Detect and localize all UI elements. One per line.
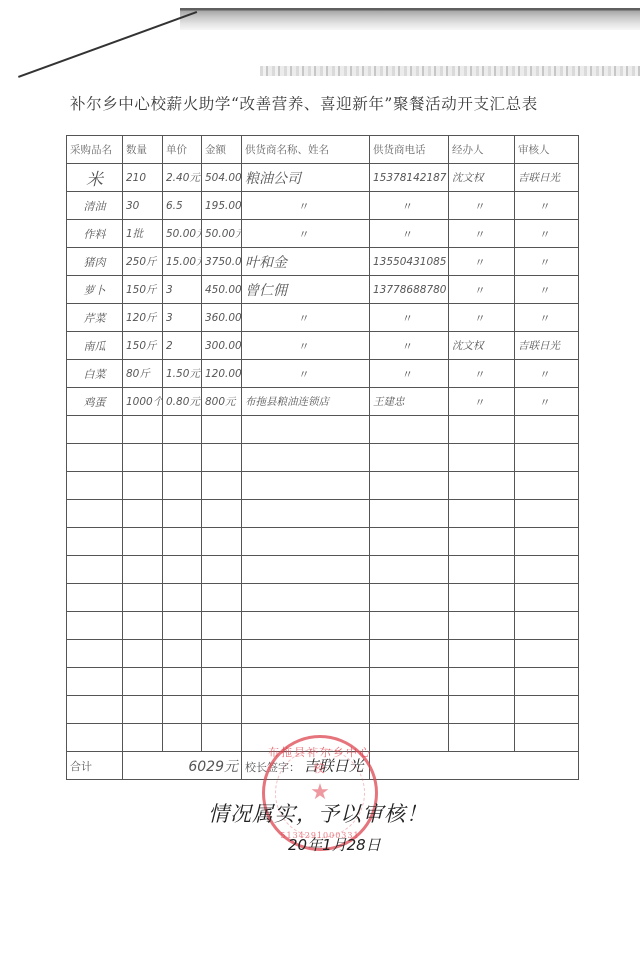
cell-reviewer: 〃 (515, 388, 579, 416)
cell-handler: 〃 (449, 248, 515, 276)
cell-handler: 沈文权 (449, 164, 515, 192)
cell-phone: 〃 (370, 220, 449, 248)
empty-cell (163, 724, 202, 752)
scan-artifact (0, 0, 640, 80)
empty-cell (515, 584, 579, 612)
empty-row (67, 416, 579, 444)
empty-cell (202, 444, 242, 472)
cell-amount: 800元 (202, 388, 242, 416)
cell-reviewer: 〃 (515, 220, 579, 248)
empty-cell (163, 668, 202, 696)
seal-text: 布拖县补尔乡中心校 (265, 744, 375, 776)
cell-item: 作料 (67, 220, 123, 248)
empty-cell (123, 472, 163, 500)
empty-cell (67, 528, 123, 556)
cell-price: 2 (163, 332, 202, 360)
cell-supplier: 〃 (242, 192, 370, 220)
empty-row (67, 500, 579, 528)
cell-qty: 120斤 (123, 304, 163, 332)
cell-qty: 250斤 (123, 248, 163, 276)
empty-cell (202, 416, 242, 444)
cell-handler: 〃 (449, 388, 515, 416)
cell-item: 南瓜 (67, 332, 123, 360)
cell-qty: 150斤 (123, 276, 163, 304)
empty-cell (67, 416, 123, 444)
empty-row (67, 556, 579, 584)
empty-cell (370, 696, 449, 724)
cell-item: 白菜 (67, 360, 123, 388)
cell-handler: 〃 (449, 276, 515, 304)
empty-cell (370, 500, 449, 528)
table-row: 米2102.40元504.00元粮油公司15378142187沈文权吉联日光 (67, 164, 579, 192)
footer-empty-cell (370, 752, 579, 780)
cell-price: 0.80元 (163, 388, 202, 416)
empty-cell (449, 528, 515, 556)
empty-cell (123, 612, 163, 640)
cell-phone: 〃 (370, 332, 449, 360)
cell-handler: 沈文权 (449, 332, 515, 360)
empty-cell (515, 696, 579, 724)
cell-supplier: 叶和金 (242, 248, 370, 276)
table-row: 作料1批50.00元50.00元〃〃〃〃 (67, 220, 579, 248)
cell-reviewer: 〃 (515, 276, 579, 304)
cell-amount: 3750.00元 (202, 248, 242, 276)
table-header-row: 采购品名 数量 单价 金额 供货商名称、姓名 供货商电话 经办人 审核人 (67, 136, 579, 164)
empty-row (67, 668, 579, 696)
cell-amount: 450.00元 (202, 276, 242, 304)
empty-cell (370, 668, 449, 696)
cell-item: 鸡蛋 (67, 388, 123, 416)
empty-cell (515, 612, 579, 640)
empty-row (67, 444, 579, 472)
empty-row (67, 640, 579, 668)
empty-cell (449, 640, 515, 668)
empty-cell (123, 416, 163, 444)
empty-cell (123, 640, 163, 668)
cell-price: 1.50元 (163, 360, 202, 388)
empty-cell (202, 668, 242, 696)
empty-cell (67, 724, 123, 752)
empty-cell (242, 696, 370, 724)
cell-phone: 13778688780 (370, 276, 449, 304)
cell-amount: 195.00元 (202, 192, 242, 220)
empty-cell (515, 416, 579, 444)
empty-cell (370, 612, 449, 640)
total-label: 合计 (67, 752, 123, 780)
empty-cell (515, 472, 579, 500)
empty-cell (202, 696, 242, 724)
empty-cell (67, 444, 123, 472)
cell-handler: 〃 (449, 220, 515, 248)
empty-cell (67, 668, 123, 696)
empty-cell (123, 724, 163, 752)
header-price: 单价 (163, 136, 202, 164)
empty-cell (202, 724, 242, 752)
empty-cell (123, 528, 163, 556)
empty-cell (67, 500, 123, 528)
header-supplier: 供货商名称、姓名 (242, 136, 370, 164)
empty-cell (163, 696, 202, 724)
cell-qty: 80斤 (123, 360, 163, 388)
approval-comment: 情况属实，予以审核！ (208, 798, 428, 828)
cell-supplier: 布拖县粮油连锁店 (242, 388, 370, 416)
header-qty: 数量 (123, 136, 163, 164)
empty-cell (449, 500, 515, 528)
cell-qty: 150斤 (123, 332, 163, 360)
cell-item: 米 (67, 164, 123, 192)
empty-cell (515, 528, 579, 556)
empty-cell (202, 612, 242, 640)
empty-cell (449, 416, 515, 444)
cell-qty: 210 (123, 164, 163, 192)
empty-cell (242, 416, 370, 444)
cell-reviewer: 吉联日光 (515, 332, 579, 360)
empty-cell (163, 612, 202, 640)
empty-cell (67, 696, 123, 724)
empty-cell (515, 444, 579, 472)
cell-amount: 300.00元 (202, 332, 242, 360)
empty-cell (123, 500, 163, 528)
cell-qty: 1批 (123, 220, 163, 248)
cell-supplier: 〃 (242, 332, 370, 360)
empty-cell (163, 500, 202, 528)
cell-handler: 〃 (449, 304, 515, 332)
cell-handler: 〃 (449, 192, 515, 220)
expense-table: 采购品名 数量 单价 金额 供货商名称、姓名 供货商电话 经办人 审核人 米21… (66, 135, 579, 780)
scan-shadow-band (180, 8, 640, 30)
empty-cell (242, 444, 370, 472)
cell-price: 6.5 (163, 192, 202, 220)
empty-cell (67, 640, 123, 668)
empty-cell (123, 556, 163, 584)
document-title: 补尔乡中心校薪火助学“改善营养、喜迎新年”聚餐活动开支汇总表 (70, 92, 610, 114)
header-reviewer: 审核人 (515, 136, 579, 164)
approval-date: 20年1月28日 (288, 834, 381, 855)
empty-cell (163, 584, 202, 612)
table-row: 白菜80斤1.50元120.00元〃〃〃〃 (67, 360, 579, 388)
table-row: 清油306.5195.00元〃〃〃〃 (67, 192, 579, 220)
cell-amount: 360.00元 (202, 304, 242, 332)
empty-cell (449, 584, 515, 612)
empty-cell (163, 416, 202, 444)
table-row: 芹菜120斤3360.00元〃〃〃〃 (67, 304, 579, 332)
cell-supplier: 曾仁佣 (242, 276, 370, 304)
empty-cell (370, 556, 449, 584)
empty-cell (123, 696, 163, 724)
empty-cell (370, 444, 449, 472)
empty-cell (449, 472, 515, 500)
empty-cell (202, 528, 242, 556)
cell-item: 猪肉 (67, 248, 123, 276)
empty-row (67, 528, 579, 556)
empty-cell (515, 668, 579, 696)
empty-cell (123, 584, 163, 612)
empty-cell (242, 528, 370, 556)
empty-cell (163, 444, 202, 472)
empty-cell (370, 472, 449, 500)
empty-cell (67, 612, 123, 640)
cell-phone: 〃 (370, 304, 449, 332)
cell-price: 3 (163, 304, 202, 332)
empty-cell (242, 556, 370, 584)
empty-cell (242, 472, 370, 500)
empty-row (67, 696, 579, 724)
cell-price: 50.00元 (163, 220, 202, 248)
header-phone: 供货商电话 (370, 136, 449, 164)
cell-reviewer: 吉联日光 (515, 164, 579, 192)
cell-reviewer: 〃 (515, 192, 579, 220)
cell-amount: 50.00元 (202, 220, 242, 248)
cell-item: 芹菜 (67, 304, 123, 332)
empty-cell (242, 612, 370, 640)
cell-reviewer: 〃 (515, 304, 579, 332)
cell-amount: 504.00元 (202, 164, 242, 192)
cell-phone: 〃 (370, 360, 449, 388)
empty-cell (163, 528, 202, 556)
empty-cell (515, 500, 579, 528)
empty-row (67, 612, 579, 640)
empty-cell (449, 444, 515, 472)
cell-supplier: 〃 (242, 304, 370, 332)
empty-cell (163, 640, 202, 668)
empty-cell (515, 640, 579, 668)
scan-bleed-through (260, 66, 640, 76)
cell-qty: 1000个 (123, 388, 163, 416)
cell-qty: 30 (123, 192, 163, 220)
empty-cell (67, 472, 123, 500)
cell-amount: 120.00元 (202, 360, 242, 388)
total-value: 6029元 (123, 752, 242, 780)
cell-supplier: 〃 (242, 360, 370, 388)
cell-price: 15.00元 (163, 248, 202, 276)
empty-cell (202, 640, 242, 668)
cell-handler: 〃 (449, 360, 515, 388)
empty-cell (370, 528, 449, 556)
empty-cell (515, 556, 579, 584)
cell-supplier: 粮油公司 (242, 164, 370, 192)
table-row: 萝卜150斤3450.00元曾仁佣13778688780〃〃 (67, 276, 579, 304)
empty-cell (370, 724, 449, 752)
table-row: 猪肉250斤15.00元3750.00元叶和金13550431085〃〃 (67, 248, 579, 276)
cell-phone: 〃 (370, 192, 449, 220)
cell-phone: 王建忠 (370, 388, 449, 416)
empty-cell (67, 556, 123, 584)
empty-cell (449, 612, 515, 640)
cell-reviewer: 〃 (515, 248, 579, 276)
empty-cell (123, 444, 163, 472)
empty-row (67, 472, 579, 500)
cell-supplier: 〃 (242, 220, 370, 248)
cell-price: 3 (163, 276, 202, 304)
empty-cell (202, 556, 242, 584)
empty-cell (370, 640, 449, 668)
header-handler: 经办人 (449, 136, 515, 164)
empty-cell (370, 416, 449, 444)
empty-row (67, 584, 579, 612)
empty-cell (123, 668, 163, 696)
empty-cell (449, 724, 515, 752)
cell-item: 萝卜 (67, 276, 123, 304)
empty-cell (202, 472, 242, 500)
empty-cell (242, 584, 370, 612)
empty-cell (202, 500, 242, 528)
empty-cell (163, 556, 202, 584)
empty-cell (449, 556, 515, 584)
empty-cell (449, 668, 515, 696)
table-row: 南瓜150斤2300.00元〃〃沈文权吉联日光 (67, 332, 579, 360)
empty-cell (370, 584, 449, 612)
empty-cell (515, 724, 579, 752)
paper-fold-edge (18, 11, 197, 78)
header-amount: 金额 (202, 136, 242, 164)
cell-phone: 13550431085 (370, 248, 449, 276)
empty-cell (67, 584, 123, 612)
empty-cell (242, 668, 370, 696)
empty-cell (202, 584, 242, 612)
cell-reviewer: 〃 (515, 360, 579, 388)
header-item: 采购品名 (67, 136, 123, 164)
empty-cell (163, 472, 202, 500)
empty-cell (449, 696, 515, 724)
empty-cell (242, 640, 370, 668)
cell-item: 清油 (67, 192, 123, 220)
empty-cell (242, 500, 370, 528)
table-row: 鸡蛋1000个0.80元800元布拖县粮油连锁店王建忠〃〃 (67, 388, 579, 416)
cell-phone: 15378142187 (370, 164, 449, 192)
cell-price: 2.40元 (163, 164, 202, 192)
